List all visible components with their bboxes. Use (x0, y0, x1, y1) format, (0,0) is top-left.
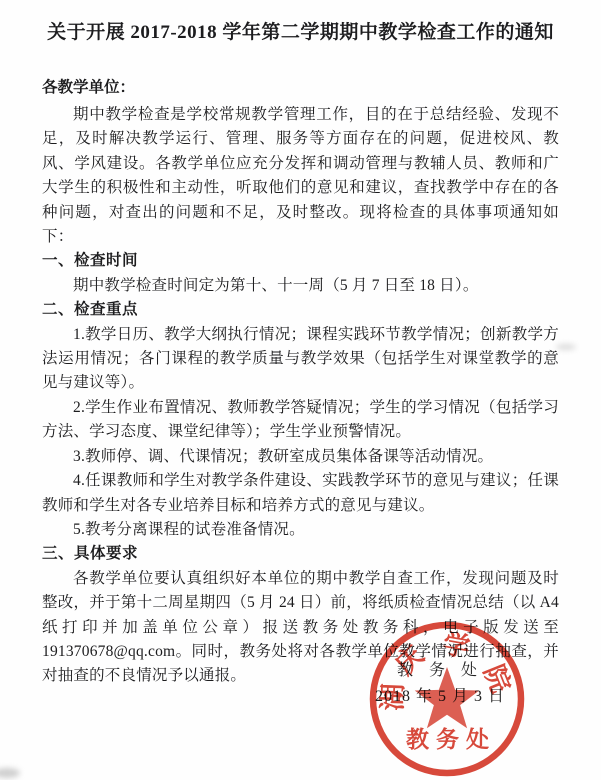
section-heading-inspection-focus: 二、检查重点 (42, 298, 559, 322)
list-item-4: 4.任课教师和学生对教学条件建设、实践教学环节的意见与建议；任课教师和学生对各专… (42, 469, 559, 518)
document-title: 关于开展 2017-2018 学年第二学期期中教学检查工作的通知 (42, 20, 559, 46)
salutation: 各教学单位： (42, 76, 559, 100)
signature-block: 教 务 处 2018 年 5 月 3 日 (355, 658, 525, 710)
section-paragraph: 期中教学检查时间定为第十、十一周（5 月 7 日至 18 日）。 (42, 274, 559, 298)
signature-department: 教 务 处 (355, 658, 525, 684)
signature-date: 2018 年 5 月 3 日 (355, 684, 525, 710)
list-item-1: 1.教学日历、教学大纲执行情况；课程实践环节教学情况；创新教学方法运用情况；各门… (42, 323, 559, 396)
document-body: 关于开展 2017-2018 学年第二学期期中教学检查工作的通知 各教学单位： … (0, 0, 601, 689)
scan-smudge (0, 768, 20, 778)
section-heading-specific-requirements: 三、具体要求 (42, 542, 559, 566)
list-item-5: 5.教考分离课程的试卷准备情况。 (42, 518, 559, 542)
list-item-2: 2.学生作业布置情况、教师教学答疑情况；学生的学习情况（包括学习方法、学习态度、… (42, 396, 559, 445)
intro-paragraph: 期中教学检查是学校常规教学管理工作，目的在于总结经验、发现不足，及时解决教学运行… (42, 103, 559, 249)
scan-smudge (556, 344, 576, 350)
section-heading-inspection-time: 一、检查时间 (42, 249, 559, 273)
seal-bottom-label: 教务处 (406, 726, 496, 752)
list-item-3: 3.教师停、调、代课情况；教研室成员集体备课等活动情况。 (42, 445, 559, 469)
notice-document-page: 关于开展 2017-2018 学年第二学期期中教学检查工作的通知 各教学单位： … (0, 0, 601, 780)
